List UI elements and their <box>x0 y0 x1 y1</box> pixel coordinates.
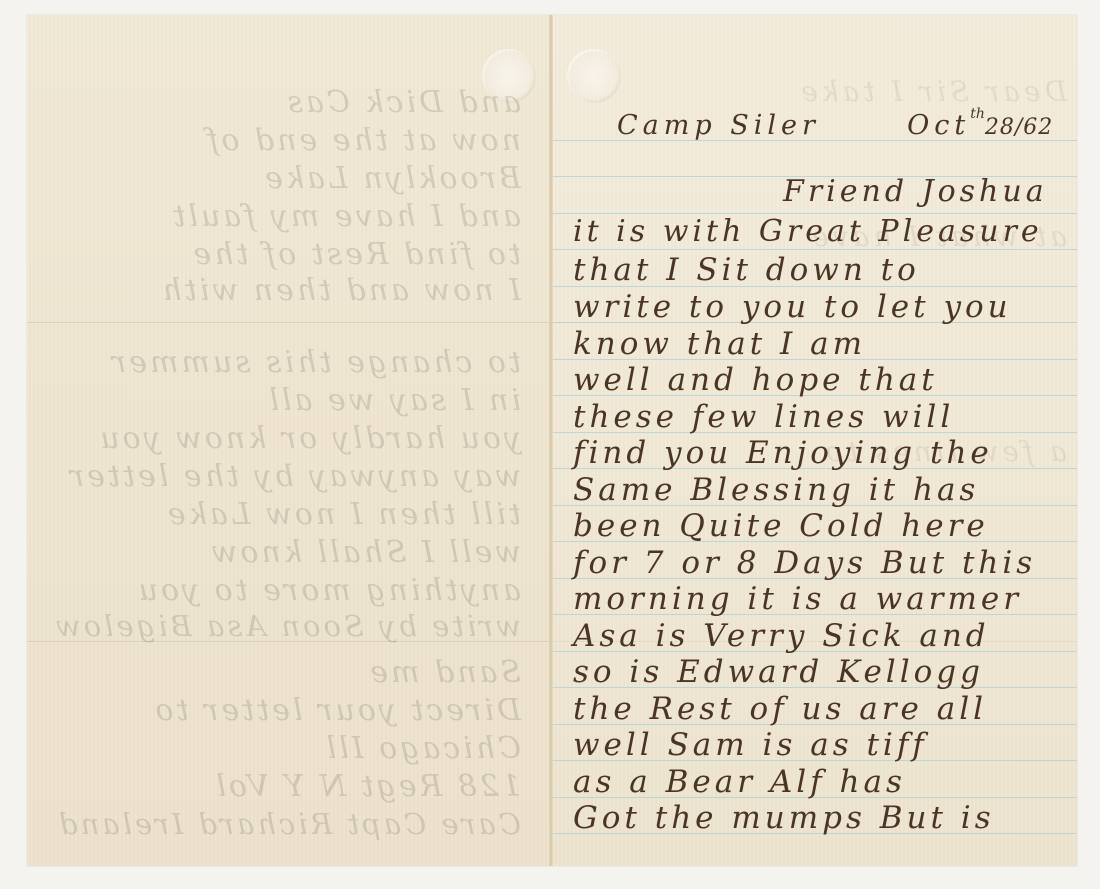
letter-line: the Rest of us are all <box>573 694 987 725</box>
bleed-through-line: Care Capt Richard Ireland <box>57 807 521 841</box>
bleed-through-line: Dear Sir I take <box>573 75 1067 108</box>
right-page: Dear Sir I take at what I have a few lin… <box>553 15 1077 866</box>
letter-line: these few lines will <box>573 402 954 433</box>
bleed-through-line: you hardly or know you <box>57 421 521 456</box>
letter-line: that I Sit down to <box>573 255 920 286</box>
letter-line: Same Blessing it has <box>573 475 979 506</box>
letter-heading: Camp Siler Octth28/62 <box>617 107 1053 139</box>
letter-line: been Quite Cold here <box>573 511 989 542</box>
letter-sheet: and Dick Cas now at the end of Brooklyn … <box>27 15 1077 866</box>
heading-month: Oct <box>907 110 970 141</box>
letter-line: well and hope that <box>573 365 938 396</box>
bleed-through-line: and I have my fault <box>57 199 521 234</box>
bleed-through-line: Direct your letter to <box>57 693 521 728</box>
heading-day-suffix: th <box>970 106 985 122</box>
letter-line: find you Enjoying the <box>573 438 993 469</box>
letter-line: well Sam is as tiff <box>573 730 928 761</box>
letter-line: Asa is Verry Sick and <box>573 621 990 652</box>
letter-line: morning it is a warmer <box>573 584 1022 615</box>
bleed-through-line: Chicago Ill <box>57 731 521 766</box>
letter-line: so is Edward Kellogg <box>573 657 984 688</box>
left-page: and Dick Cas now at the end of Brooklyn … <box>27 15 551 866</box>
bleed-through-line: to change this summer <box>57 345 521 380</box>
letter-line: Got the mumps But is <box>573 803 995 834</box>
letter-line: write to you to let you <box>573 292 1012 323</box>
heading-date: 28/62 <box>985 115 1053 140</box>
bleed-through-line: 128 Regt N Y Vol <box>57 769 521 804</box>
letter-line: as a Bear Alf has <box>573 767 906 798</box>
bleed-through-line: in I say we all <box>57 383 521 418</box>
fold-line-upper <box>27 322 551 324</box>
letter-line: for 7 or 8 Days But this <box>573 548 1036 579</box>
bleed-through-line: way anyway by the letter <box>57 459 521 494</box>
bleed-through-line: anything more to you <box>57 573 521 608</box>
letter-line: it is with Great Pleasure <box>573 217 1043 247</box>
bleed-through-line: now at the end of <box>57 123 521 158</box>
salutation: Friend Joshua <box>783 177 1048 207</box>
heading-place: Camp Siler <box>617 110 820 141</box>
bleed-through-line: well I Shall know <box>57 535 521 570</box>
bleed-through-line: write by Soon Asa Bigelow <box>57 609 521 643</box>
bleed-through-line: I now and then with <box>57 273 521 308</box>
bleed-through-line: to find Rest of the <box>57 237 521 272</box>
bleed-through-line: Brooklyn Lake <box>57 161 521 196</box>
bleed-through-line: till then I now Lake <box>57 497 521 532</box>
bleed-through-line: and Dick Cas <box>57 85 521 120</box>
letter-line: know that I am <box>573 329 866 360</box>
bleed-through-line: Sand me <box>57 655 521 690</box>
